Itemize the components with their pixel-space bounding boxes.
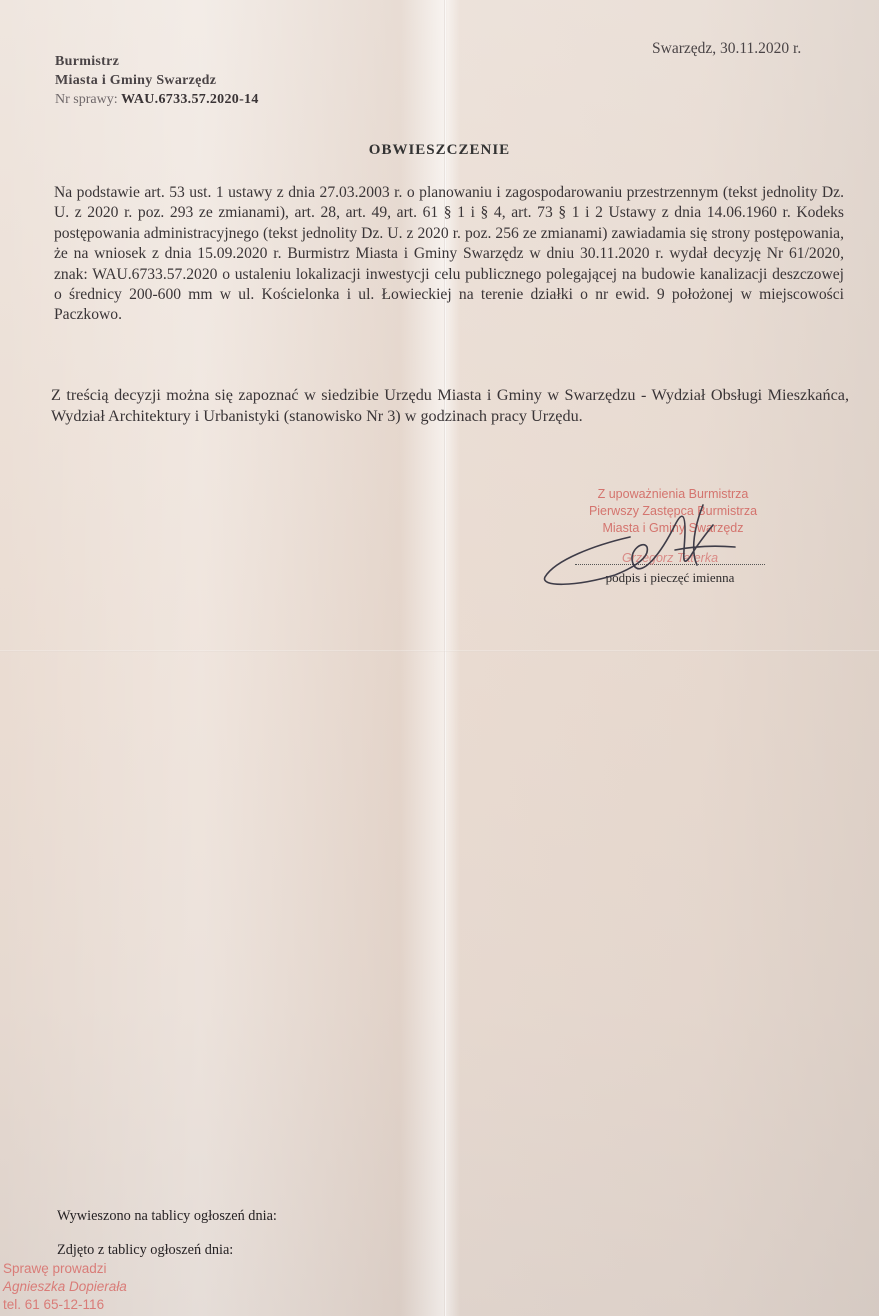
case-reference: Nr sprawy: WAU.6733.57.2020-14	[55, 90, 259, 109]
clerk-line-1: Sprawę prowadzi	[3, 1260, 127, 1278]
issuer-header: Burmistrz Miasta i Gminy Swarzędz Nr spr…	[55, 52, 259, 109]
case-label: Nr sprawy:	[55, 92, 118, 107]
horizontal-fold-crease	[0, 650, 879, 652]
issuer-title: Burmistrz	[55, 52, 259, 71]
clerk-stamp: Sprawę prowadzi Agnieszka Dopierała tel.…	[3, 1260, 127, 1314]
document-date: Swarzędz, 30.11.2020 r.	[652, 40, 801, 58]
body-paragraph-access: Z treścią decyzji można się zapoznać w s…	[51, 385, 849, 426]
document-title: OBWIESZCZENIE	[0, 142, 879, 159]
handwritten-signature-icon	[535, 495, 765, 595]
body-paragraph-decision: Na podstawie art. 53 ust. 1 ustawy z dni…	[54, 183, 844, 326]
removed-date-label: Zdjęto z tablicy ogłoszeń dnia:	[57, 1242, 233, 1259]
case-number: WAU.6733.57.2020-14	[121, 92, 259, 107]
posted-date-label: Wywieszono na tablicy ogłoszeń dnia:	[57, 1208, 277, 1225]
clerk-phone: tel. 61 65-12-116	[3, 1296, 127, 1314]
clerk-name: Agnieszka Dopierała	[3, 1278, 127, 1296]
issuer-municipality: Miasta i Gminy Swarzędz	[55, 71, 259, 90]
